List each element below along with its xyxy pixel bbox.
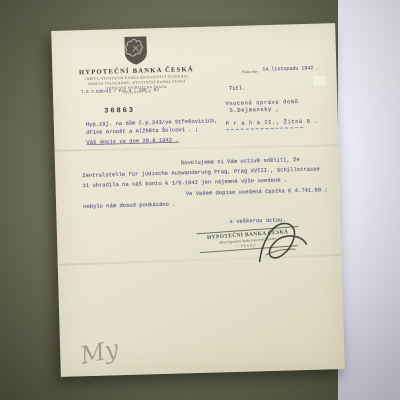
table-surface-edge xyxy=(338,0,400,400)
salutation: Titl. xyxy=(229,86,246,93)
subject-line-2: dříve Arnošt a Alžběta Šolcovi . ; xyxy=(86,126,198,135)
pencil-initials: My xyxy=(78,335,121,370)
body-line-1: Dovolujeme si Vám uctivě sděliti, že xyxy=(181,157,300,166)
recipient-underline xyxy=(226,127,303,130)
bank-crest-icon xyxy=(121,34,150,65)
signature-icon xyxy=(251,220,314,268)
body-line-3: 11 uhradila na náš konto k 1/9.1942 jen … xyxy=(82,178,287,190)
recipient-line-2: S.Dejmanský , xyxy=(229,107,279,114)
subject-reference-letter: Váš dopis ze dne 29.8.1942 . xyxy=(86,137,179,146)
place-date-label: Praha dne xyxy=(241,69,258,74)
letter-document: HYPOTEČNÍ BANKA ČESKÁ (DŘÍVE HYPOTEČNÍ B… xyxy=(51,23,345,377)
photo-background: HYPOTEČNÍ BANKA ČESKÁ (DŘÍVE HYPOTEČNÍ B… xyxy=(0,0,400,400)
body-line-4: Ve Vašem dopise uvedená částka K 4.741.6… xyxy=(186,187,328,197)
file-number-stamp: 36863 xyxy=(104,106,135,115)
paper-patch xyxy=(313,75,326,85)
reference-number: T.Z.7.838/42 / Fol.9 - 286 ; RJ xyxy=(81,88,159,95)
typed-date: 14.listopadu 1942 . xyxy=(262,66,319,73)
body-line-5: nebylo nám dosud poukázáno . xyxy=(83,202,176,211)
recipient-line-3: P r a h a II., Žitná 8 . xyxy=(226,119,319,128)
recipient-line-1: Vnucená správa domů xyxy=(225,99,298,107)
